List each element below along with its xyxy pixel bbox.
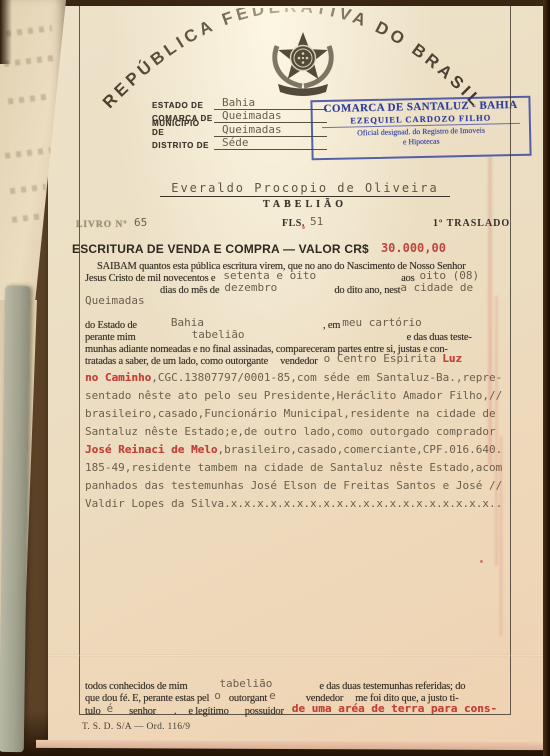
deed-body: SAIBAM quantos esta pública escritura vi… bbox=[85, 256, 511, 514]
deed-text-red: no Caminho bbox=[85, 371, 151, 384]
deed-line: brasileiro,casado,Funcionário Municipal,… bbox=[85, 406, 511, 424]
deed-text-printed: senhor bbox=[129, 706, 156, 717]
book-spine bbox=[0, 286, 30, 752]
deed-text-typed: Valdir Lopes da Silva.x.x.x.x.x.x.x.x.x.… bbox=[85, 497, 502, 510]
red-stain bbox=[495, 296, 498, 566]
deed-text-typed: panhados das testemunhas José Elson de F… bbox=[85, 479, 502, 492]
deed-text-typed: a cidade de bbox=[400, 281, 473, 294]
deed-text-printed: tulo bbox=[85, 706, 101, 717]
deed-line: Queimadas bbox=[85, 293, 511, 305]
deed-line: todos conhecidos de mimtabeliãoe das dua… bbox=[85, 676, 515, 688]
deed-text-typed: o Centro Espirita bbox=[324, 352, 437, 365]
deed-text-typed: sentado nêste ato pelo seu Presidente,He… bbox=[85, 389, 502, 402]
deed-text-typed: Bahia bbox=[171, 316, 204, 329]
red-stain bbox=[500, 436, 502, 636]
deed-line: do Estado deBahia, emmeu cartório bbox=[85, 315, 511, 327]
deed-line: Jesus Cristo de mil novecentos esetenta … bbox=[85, 268, 511, 280]
deed-bottom-clause: todos conhecidos de mimtabeliãoe das dua… bbox=[85, 676, 515, 713]
deed-line: panhados das testemunhas José Elson de F… bbox=[85, 478, 511, 496]
deed-text-red: de uma aréa de terra para cons- bbox=[292, 702, 497, 715]
deed-text-red: Luz bbox=[442, 352, 462, 365]
deed-text-printed: tratadas a saber, de um lado, como outor… bbox=[85, 356, 268, 367]
deed-text-printed: possuidor bbox=[245, 706, 284, 717]
deed-line: no Caminho,CGC.13807797/0001-85,com séde… bbox=[85, 370, 511, 388]
book-edge-shadow bbox=[543, 0, 550, 756]
printer-imprint: T. S. D. S/A — Ord. 116/9 bbox=[82, 722, 190, 732]
deed-line: tuloésenhor.e legítimopossuidorde uma ar… bbox=[85, 701, 515, 713]
handwriting-showthrough bbox=[10, 184, 46, 194]
deed-text-typed: ,brasileiro,casado,comerciante,CPF.016.6… bbox=[217, 443, 502, 456]
deed-text-typed: Santaluz nêste Estado;e,de outro lado,co… bbox=[85, 425, 496, 438]
book-shadow bbox=[0, 0, 12, 64]
deed-text-typed: dezembro bbox=[224, 281, 277, 294]
deed-line: que dou fé. E, perante estas pelooutorga… bbox=[85, 688, 515, 700]
deed-line: dias do mês dedezembrodo dito ano, nesta… bbox=[85, 280, 511, 292]
deed-text-printed: e legítimo bbox=[188, 706, 228, 717]
deed-text-printed: vendedor bbox=[280, 356, 317, 367]
deed-line: sentado nêste ato pelo seu Presidente,He… bbox=[85, 388, 511, 406]
deed-line: perante mimtabeliãoe das duas teste- bbox=[85, 327, 511, 339]
scanned-deed-document: REPÚBLICA FEDERATIVA DO BRASIL ESTADO DE bbox=[0, 0, 550, 756]
handwriting-showthrough bbox=[6, 25, 52, 37]
ink-speck bbox=[302, 226, 305, 229]
deed-line: SAIBAM quantos esta pública escritura vi… bbox=[85, 256, 511, 268]
deed-text-typed: o bbox=[214, 689, 221, 702]
deed-text-typed: tabelião bbox=[192, 328, 245, 341]
deed-text-printed: dias do mês de bbox=[160, 285, 219, 296]
deed-text-printed: do dito ano, nest bbox=[334, 285, 400, 296]
deed-text-typed: meu cartório bbox=[342, 316, 421, 329]
red-stain bbox=[488, 156, 492, 466]
deed-line: 185-49,residente tambem na cidade de San… bbox=[85, 460, 511, 478]
deed-text-typed: ,CGC.13807797/0001-85,com séde em Santal… bbox=[151, 371, 502, 384]
document-page: REPÚBLICA FEDERATIVA DO BRASIL ESTADO DE bbox=[48, 6, 546, 743]
deed-text-typed: Queimadas bbox=[85, 294, 145, 307]
deed-text-typed: 185-49,residente tambem na cidade de San… bbox=[85, 461, 502, 474]
deed-line: José Reinaci de Melo,brasileiro,casado,c… bbox=[85, 442, 511, 460]
deed-line: Santaluz nêste Estado;e,de outro lado,co… bbox=[85, 424, 511, 442]
deed-line: tratadas a saber, de um lado, como outor… bbox=[85, 351, 511, 363]
deed-text-printed: . bbox=[174, 706, 176, 717]
deed-text-typed: tabelião bbox=[219, 677, 272, 690]
handwriting-showthrough bbox=[8, 93, 50, 104]
deed-line: munhas adiante nomeadas e no final assin… bbox=[85, 339, 511, 351]
deed-text-typed: brasileiro,casado,Funcionário Municipal,… bbox=[85, 407, 496, 420]
handwriting-showthrough bbox=[12, 213, 43, 223]
page-bottom-edge bbox=[36, 740, 550, 750]
ink-speck bbox=[480, 560, 483, 563]
deed-text-typed: e bbox=[269, 689, 276, 702]
deed-text-red: José Reinaci de Melo bbox=[85, 443, 217, 456]
deed-text-typed: é bbox=[107, 702, 114, 715]
paper-crease bbox=[48, 654, 546, 657]
deed-line: Valdir Lopes da Silva.x.x.x.x.x.x.x.x.x.… bbox=[85, 496, 511, 514]
handwriting-showthrough bbox=[5, 147, 51, 159]
